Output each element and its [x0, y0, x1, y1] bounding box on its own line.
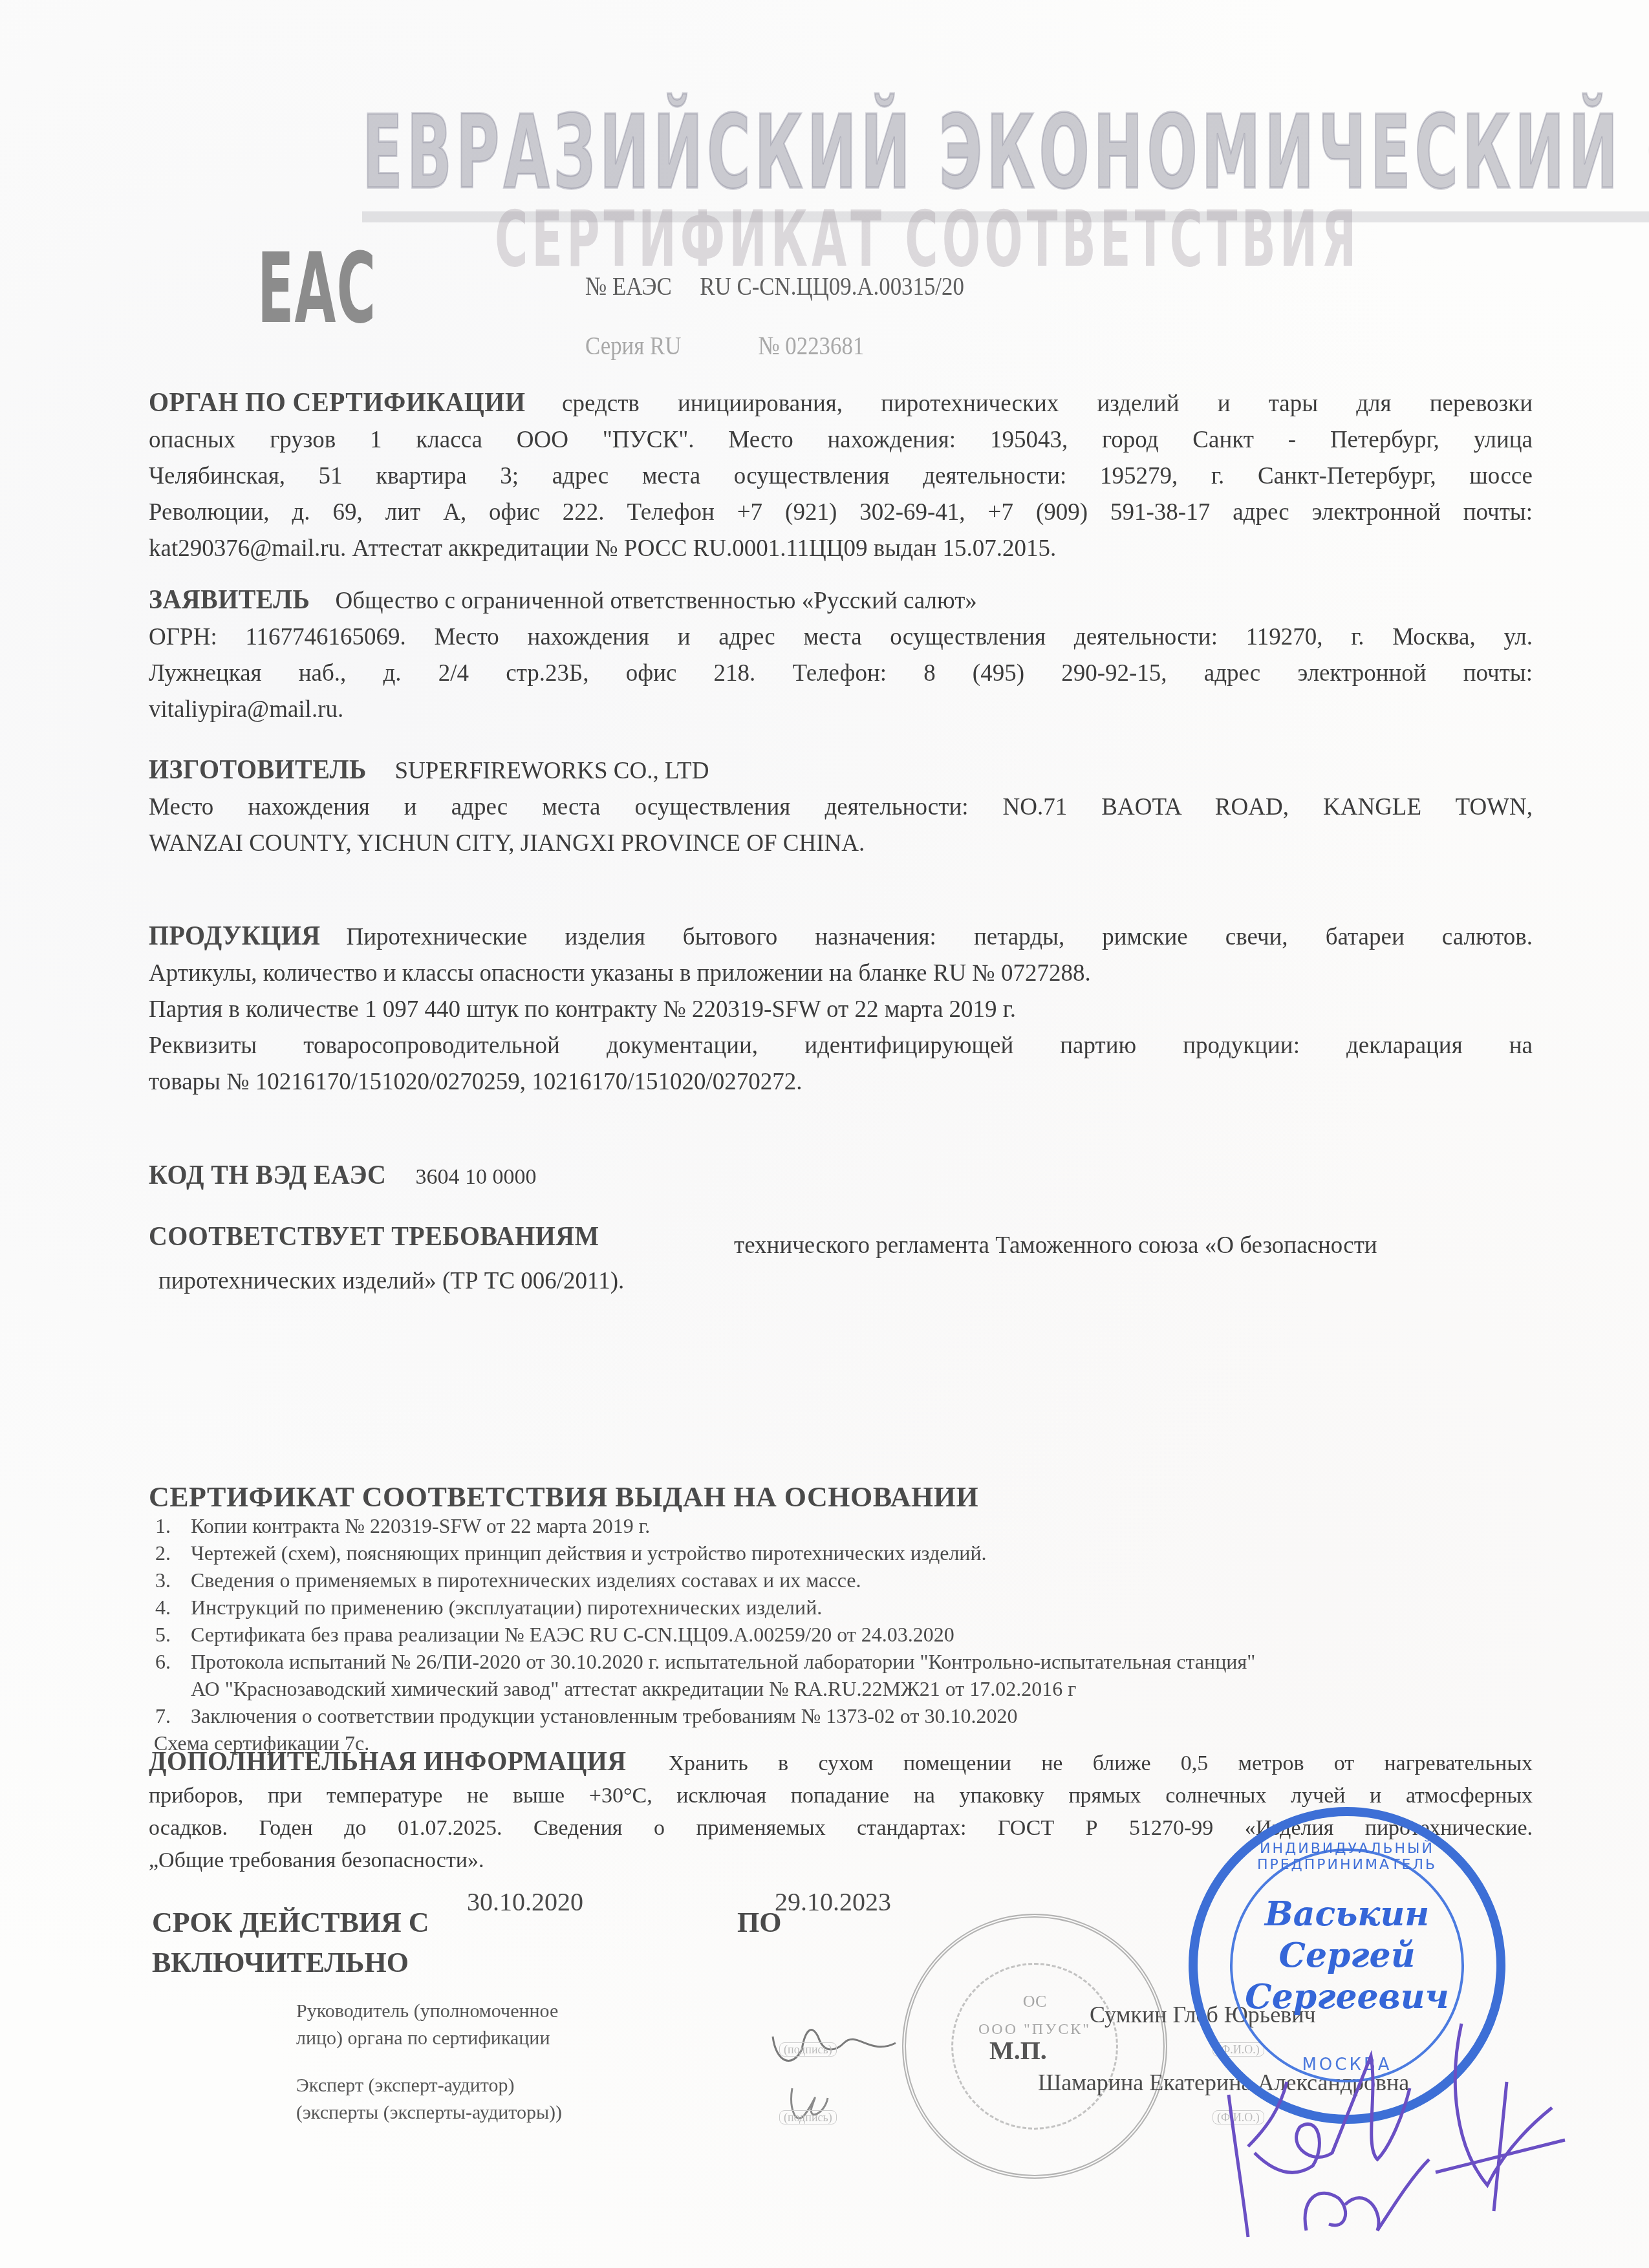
- product-line: товары № 10216170/151020/0270259, 102161…: [149, 1064, 1533, 1100]
- validity-from-date: 30.10.2020: [467, 1887, 583, 1917]
- basis-label: СЕРТИФИКАТ СООТВЕТСТВИЯ ВЫДАН НА ОСНОВАН…: [149, 1484, 1539, 1511]
- certificate-number-value: RU C-CN.ЦЦ09.А.00315/20: [700, 271, 964, 301]
- basis-item: 2.Чертежей (схем), поясняющих принцип де…: [149, 1539, 1539, 1567]
- certification-body-line: Челябинская, 51 квартира 3; адрес места …: [149, 458, 1533, 495]
- additional-info-label: ДОПОЛНИТЕЛЬНАЯ ИНФОРМАЦИЯ: [149, 1746, 627, 1778]
- certification-body-line: Революции, д. 69, лит А, офис 222. Телеф…: [149, 495, 1533, 531]
- basis-section: СЕРТИФИКАТ СООТВЕТСТВИЯ ВЫДАН НА ОСНОВАН…: [149, 1484, 1539, 1757]
- product-line: Реквизиты товаросопроводительной докумен…: [149, 1028, 1533, 1064]
- conformity-line: пиротехнических изделий» (ТР ТС 006/2011…: [158, 1267, 624, 1295]
- series: Серия RU№ 0223681: [585, 330, 864, 361]
- basis-item: 4.Инструкций по применению (эксплуатации…: [149, 1594, 1539, 1621]
- basis-item: 3.Сведения о применяемых в пиротехническ…: [149, 1567, 1539, 1594]
- manufacturer-line: WANZAI COUNTY, YICHUN CITY, JIANGXI PROV…: [149, 826, 1533, 862]
- applicant-name: Общество с ограниченной ответственностью…: [336, 588, 977, 614]
- copy-certification-signature: [1216, 2017, 1578, 2250]
- validity-inclusive: ВКЛЮЧИТЕЛЬНО: [152, 1946, 409, 1979]
- applicant-label: ЗАЯВИТЕЛЬ: [149, 582, 310, 618]
- head-label: Руководитель (уполномоченное лицо) орган…: [296, 1998, 558, 2052]
- additional-info-line: приборов, при температуре не выше +30°С,…: [149, 1780, 1533, 1812]
- product-line: Пиротехнические изделия бытового назначе…: [347, 924, 1533, 950]
- conformity-line: технического регламента Таможенного союз…: [734, 1232, 1377, 1259]
- stamp-name: Васькин Сергей Сергеевич: [1198, 1894, 1496, 2018]
- signature-caption: (подпись): [779, 2111, 837, 2124]
- manufacturer-name: SUPERFIREWORKS CO., LTD: [395, 758, 709, 784]
- certification-body-line: средств инициирования, пиротехнических и…: [562, 390, 1533, 417]
- signature-caption: (подпись): [779, 2043, 837, 2057]
- hs-code-label: КОД ТН ВЭД ЕАЭС: [149, 1157, 386, 1193]
- certificate-number-prefix: № ЕАЭС: [585, 271, 672, 301]
- certification-body-section: ОРГАН ПО СЕРТИФИКАЦИИсредств инициирован…: [149, 385, 1533, 567]
- applicant-line: ОГРН: 1167746165069. Место нахождения и …: [149, 619, 1533, 656]
- series-label: Серия RU: [585, 330, 681, 360]
- validity-to-date: 29.10.2023: [775, 1887, 891, 1917]
- manufacturer-line: Место нахождения и адрес места осуществл…: [149, 789, 1533, 826]
- basis-item-continuation: АО "Краснозаводский химический завод" ат…: [149, 1675, 1539, 1702]
- product-label: ПРОДУКЦИЯ: [149, 918, 321, 954]
- hs-code-section: КОД ТН ВЭД ЕАЭС3604 10 0000: [149, 1157, 1533, 1195]
- basis-item: 6.Протокола испытаний № 26/ПИ-2020 от 30…: [149, 1648, 1539, 1675]
- certification-body-label: ОРГАН ПО СЕРТИФИКАЦИИ: [149, 385, 525, 421]
- certification-body-line: опасных грузов 1 класса ООО "ПУСК". Мест…: [149, 422, 1533, 458]
- certificate-number: № ЕАЭС RU C-CN.ЦЦ09.А.00315/20: [585, 270, 964, 301]
- product-section: ПРОДУКЦИЯПиротехнические изделия бытовог…: [149, 918, 1533, 1100]
- eac-logo-text: ЕАС: [257, 241, 376, 337]
- product-line: Партия в количестве 1 097 440 штук по ко…: [149, 992, 1533, 1028]
- manufacturer-section: ИЗГОТОВИТЕЛЬSUPERFIREWORKS CO., LTD Мест…: [149, 752, 1533, 862]
- applicant-line: Лужнецкая наб., д. 2/4 стр.23Б, офис 218…: [149, 656, 1533, 692]
- eac-logo: ЕАС: [257, 241, 474, 337]
- basis-item: 1.Копии контракта № 220319-SFW от 22 мар…: [149, 1512, 1539, 1539]
- manufacturer-label: ИЗГОТОВИТЕЛЬ: [149, 752, 367, 788]
- series-number: № 0223681: [758, 330, 864, 360]
- applicant-section: ЗАЯВИТЕЛЬОбщество с ограниченной ответст…: [149, 582, 1533, 728]
- applicant-line: vitaliypira@mail.ru.: [149, 692, 1533, 728]
- hs-code-value: 3604 10 0000: [416, 1165, 537, 1189]
- basis-item: 7.Заключения о соответствии продукции ус…: [149, 1702, 1539, 1729]
- expert-label: Эксперт (эксперт-аудитор) (эксперты (экс…: [296, 2072, 562, 2126]
- stamp-ring-text: ИНДИВИДУАЛЬНЫЙ ПРЕДПРИНИМАТЕЛЬ: [1198, 1841, 1496, 1873]
- additional-info-line: Хранить в сухом помещении не ближе 0,5 м…: [668, 1751, 1533, 1775]
- validity-from-label: СРОК ДЕЙСТВИЯ С: [152, 1906, 429, 1939]
- product-line: Артикулы, количество и классы опасности …: [149, 956, 1533, 992]
- certification-body-line: kat290376@mail.ru. Аттестат аккредитации…: [149, 531, 1533, 567]
- conformity-label: СООТВЕТСТВУЕТ ТРЕБОВАНИЯМ: [149, 1219, 599, 1255]
- basis-item: 5.Сертификата без права реализации № ЕАЭ…: [149, 1621, 1539, 1648]
- seal-mark: М.П.: [989, 2035, 1047, 2066]
